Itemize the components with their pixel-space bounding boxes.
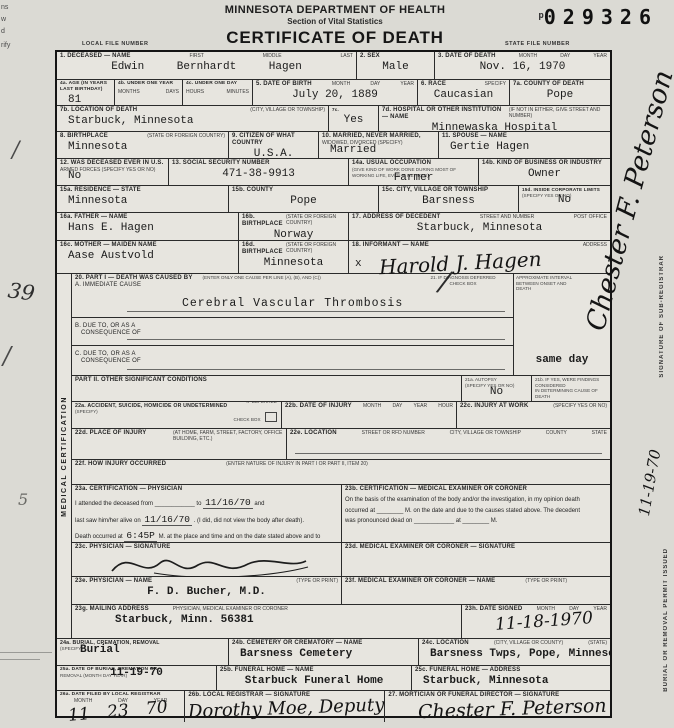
certificate-title: CERTIFICATE OF DEATH (150, 28, 520, 48)
findings-label-line1: 21b. IF YES, WERE FINDINGS CONSIDERED (535, 377, 607, 388)
mortician-signature-value: Chester F. Peterson (418, 695, 607, 724)
row-signatures: 23c. PHYSICIAN — SIGNATURE 23d. MEDICAL … (72, 543, 610, 577)
margin-scribble-5: 5 (18, 490, 28, 509)
location-of-death-value: Starbuck, Minnesota (60, 115, 325, 127)
row-burial: 24a. BURIAL, CREMATION, REMOVAL (SPECIFY… (57, 638, 610, 666)
cemetery-location-label: 24c. LOCATION (422, 640, 469, 647)
father-birthplace-value: Norway (242, 229, 345, 240)
field-7c-label: 7c. (332, 107, 375, 113)
coroner-line3: was pronounced dead on ____________ at _… (345, 518, 497, 524)
sublabel-hour: HOUR (438, 403, 453, 409)
medical-certification-vertical-label: MEDICAL CERTIFICATION (61, 396, 68, 517)
interval-value: same day (536, 354, 589, 366)
field-deceased-name: 1. DECEASED — NAMEFIRSTMIDDLELAST Edwin … (57, 52, 357, 79)
field-funeral-home-address: 25c. FUNERAL HOME — ADDRESS Starbuck, Mi… (412, 666, 610, 690)
sublabel-state-or-foreign: (STATE OR FOREIGN COUNTRY) (286, 242, 345, 254)
if-deferred-label-line2: CHECK BOX (233, 417, 260, 422)
sublabel-month: MONTH (74, 698, 92, 704)
coroner-signature-label: 23d. MEDICAL EXAMINER OR CORONER — SIGNA… (345, 544, 607, 551)
document-header: MINNESOTA DEPARTMENT OF HEALTH Section o… (150, 4, 520, 48)
field-under-one-day: 4c. UNDER ONE DAY HOURSMINUTES (183, 80, 253, 105)
sublabel-state: STATE (592, 430, 607, 436)
row-mailing-date: 23g. MAILING ADDRESSPHYSICIAN, MEDICAL E… (72, 605, 610, 638)
attended-to-date: 11/16/70 (203, 497, 253, 509)
cert-line2b: . (I did, did not view the body after de… (194, 518, 304, 524)
cemetery-location-value: Barsness Twps, Pope, Minnesota (422, 648, 607, 660)
ssn-label: 13. SOCIAL SECURITY NUMBER (172, 160, 345, 167)
field-injury-at-work: 22c. INJURY AT WORK(SPECIFY YES OR NO) (457, 402, 610, 428)
field-father-birthplace: 16b. BIRTHPLACE(STATE OR FOREIGN COUNTRY… (239, 213, 349, 240)
race-label: 6. RACE (421, 81, 446, 88)
sublabel-year: YEAR (414, 403, 428, 409)
residence-state-value: Minnesota (60, 195, 225, 207)
field-informant: 18. INFORMANT — NAMEADDRESS x Harold J. … (349, 241, 610, 273)
diagnosis-deferred-label-line1: 21. IF DIAGNOSIS DEFERRED (419, 275, 507, 281)
sublabel-first: FIRST (189, 53, 203, 59)
cert-line1b: and (254, 501, 264, 507)
last-seen-alive-date: 11/16/70 (142, 514, 192, 526)
cemetery-name-label: 24b. CEMETERY OR CREMATORY — NAME (232, 640, 415, 647)
row-birthplace-marital: 8. BIRTHPLACE(STATE OR FOREIGN COUNTRY) … (57, 132, 610, 159)
field-7c: 7c. Yes (329, 106, 379, 131)
field-spouse: 11. SPOUSE — NAME Gertie Hagen (439, 132, 610, 158)
part1-immediate-cause-row: 20. PART I — DEATH WAS CAUSED BY (ENTER … (72, 274, 513, 318)
scan-artifact-line-1 (0, 652, 52, 653)
medical-certification-section: MEDICAL CERTIFICATION 20. PART I — DEATH… (57, 274, 610, 638)
occupation-label: 14a. USUAL OCCUPATION (352, 160, 431, 167)
sublabel-month: MONTH (332, 81, 350, 87)
residence-county-label: 15b. COUNTY (232, 187, 375, 194)
deceased-name-label: 1. DECEASED — NAME (60, 53, 131, 60)
citizen-value: U.S.A. (232, 148, 315, 158)
cert-line1a: I attended the deceased from ___________… (75, 501, 201, 507)
mother-name-label: 16c. MOTHER — MAIDEN NAME (60, 242, 235, 249)
coroner-line1: On the basis of the examination of the b… (345, 497, 580, 503)
hospital-value: Minnewaska Hospital (382, 122, 607, 131)
race-value: Caucasian (421, 89, 506, 101)
medical-certification-content: 20. PART I — DEATH WAS CAUSED BY (ENTER … (72, 274, 610, 638)
sex-label: 2. SEX (360, 53, 431, 60)
sublabel-specify-yes-no: (SPECIFY YES OR NO) (553, 403, 607, 409)
due-to-c-write-line (127, 369, 505, 370)
sublabel-specify: SPECIFY (485, 81, 506, 87)
field-certification-coroner: 23b. CERTIFICATION — MEDICAL EXAMINER OR… (342, 485, 610, 542)
due-to-b-label-line1: B. DUE TO, OR AS A (75, 323, 510, 330)
sublabel-day: DAY (560, 53, 570, 59)
coroner-name-label: 23f. MEDICAL EXAMINER OR CORONER — NAME (345, 578, 495, 585)
cemetery-name-value: Barsness Cemetery (232, 648, 415, 660)
row-father: 16a. FATHER — NAME Hans E. Hagen 16b. BI… (57, 213, 610, 241)
field-armed-forces: 12. WAS DECEASED EVER IN U.S. ARMED FORC… (57, 159, 169, 185)
row-residence: 15a. RESIDENCE — STATE Minnesota 15b. CO… (57, 186, 610, 213)
sublabel-year: YEAR (593, 53, 607, 59)
time-of-death: 6:45P (124, 530, 157, 542)
field-ssn: 13. SOCIAL SECURITY NUMBER 471-38-9913 (169, 159, 349, 185)
funeral-home-value: Starbuck Funeral Home (220, 675, 408, 687)
corporate-limits-label: 15d. INSIDE CORPORATE LIMITS (522, 187, 607, 193)
mother-birthplace-value: Minnesota (242, 257, 345, 269)
age-value: 81 (60, 94, 111, 106)
cert-line3b: M. at the place and time and on the date… (159, 534, 321, 540)
field-other-conditions: PART II. OTHER SIGNIFICANT CONDITIONS (72, 376, 462, 401)
field-hospital: 7d. HOSPITAL OR OTHER INSTITUTION — NAME… (379, 106, 610, 131)
sublabel-day: DAY (370, 81, 380, 87)
physician-name-value: F. D. Bucher, M.D. (75, 586, 338, 598)
business-value: Owner (482, 168, 607, 180)
field-mailing-address: 23g. MAILING ADDRESSPHYSICIAN, MEDICAL E… (72, 605, 462, 638)
edge-fragment-4: rify (1, 42, 10, 49)
field-birthplace: 8. BIRTHPLACE(STATE OR FOREIGN COUNTRY) … (57, 132, 229, 158)
ssn-value: 471-38-9913 (172, 168, 345, 180)
field-injury-location: 22e. LOCATIONSTREET OR RFD NUMBERCITY, V… (287, 429, 610, 459)
injury-location-write-line (295, 453, 602, 454)
field-how-injury-occurred: 22f. HOW INJURY OCCURRED(ENTER NATURE OF… (72, 460, 610, 484)
state-file-number-label: STATE FILE NUMBER (505, 41, 570, 47)
field-burial-type: 24a. BURIAL, CREMATION, REMOVAL (SPECIFY… (57, 639, 229, 665)
decedent-address-label: 17. ADDRESS OF DECEDENT (352, 214, 440, 221)
citizen-label: 9. CITIZEN OF WHAT COUNTRY (232, 133, 315, 147)
field-date-filed: 26a. DATE FILED BY LOCAL REGISTRAR MONTH… (57, 691, 185, 722)
residence-state-label: 15a. RESIDENCE — STATE (60, 187, 225, 194)
location-of-death-label: 7b. LOCATION OF DEATH (60, 107, 137, 114)
field-mother-name: 16c. MOTHER — MAIDEN NAME Aase Austvold (57, 241, 239, 273)
due-to-c-label-line2: CONSEQUENCE OF (75, 358, 510, 365)
date-of-injury-label: 22b. DATE OF INJURY (285, 403, 352, 410)
sublabel-if-not-in-either: (IF NOT IN EITHER, GIVE STREET AND NUMBE… (509, 107, 607, 119)
how-injury-sublabel: (ENTER NATURE OF INJURY IN PART I OR PAR… (226, 461, 368, 467)
row-funeral: 25a. DATE OF BURIAL, CREMATION OR REMOVA… (57, 666, 610, 691)
sublabel-hours: HOURS (186, 89, 204, 95)
scanned-death-certificate: MINNESOTA DEPARTMENT OF HEALTH Section o… (0, 0, 674, 728)
margin-slash-2: / (3, 342, 11, 370)
sublabel-city-village: (CITY, VILLAGE OR TOWNSHIP) (250, 107, 325, 113)
marital-label-line1: 10. MARRIED, NEVER MARRIED, (322, 133, 435, 140)
residence-county-value: Pope (232, 195, 375, 207)
informant-label: 18. INFORMANT — NAME (352, 242, 429, 249)
due-to-c-label-line1: C. DUE TO, OR AS A (75, 351, 510, 358)
part1-label: 20. PART I — DEATH WAS CAUSED BY (75, 275, 193, 282)
section-subtitle: Section of Vital Statistics (150, 17, 520, 26)
informant-x-mark: x (355, 258, 362, 270)
father-birthplace-label: 16b. BIRTHPLACE (242, 214, 284, 228)
field-autopsy: 21a. AUTOPSY (SPECIFY YES OR NO) No (462, 376, 532, 401)
due-to-b-write-line (127, 339, 505, 340)
field-autopsy-findings: 21b. IF YES, WERE FINDINGS CONSIDERED IN… (532, 376, 610, 401)
how-injury-label: 22f. HOW INJURY OCCURRED (75, 461, 166, 468)
father-name-label: 16a. FATHER — NAME (60, 214, 235, 221)
field-physician-signature: 23c. PHYSICIAN — SIGNATURE (72, 543, 342, 576)
date-of-birth-label: 5. DATE OF BIRTH (256, 81, 312, 88)
row-22d: 22d. PLACE OF INJURY(AT HOME, FARM, STRE… (72, 429, 610, 460)
field-marital-status: 10. MARRIED, NEVER MARRIED, WIDOWED, DIV… (319, 132, 439, 158)
row-service-ssn-occupation: 12. WAS DECEASED EVER IN U.S. ARMED FORC… (57, 159, 610, 186)
edge-fragment-3: d (1, 28, 5, 35)
sublabel-state-or-foreign: (STATE OR FOREIGN COUNTRY) (147, 133, 225, 139)
scan-artifact-line-2 (0, 659, 40, 660)
field-date-of-birth: 5. DATE OF BIRTHMONTHDAYYEAR July 20, 18… (253, 80, 418, 105)
funeral-home-address-value: Starbuck, Minnesota (415, 675, 607, 687)
field-mortician-signature: 27. MORTICIAN OR FUNERAL DIRECTOR — SIGN… (385, 691, 610, 722)
field-father-name: 16a. FATHER — NAME Hans E. Hagen (57, 213, 239, 240)
under-one-year-label: 4b. UNDER ONE YEAR (118, 81, 179, 87)
field-sex: 2. SEX Male (357, 52, 435, 79)
mailing-address-sublabel: PHYSICIAN, MEDICAL EXAMINER OR CORONER (173, 606, 288, 612)
sublabel-type-or-print: (TYPE OR PRINT) (525, 578, 567, 584)
sublabel-month: MONTH (363, 403, 381, 409)
coroner-line2: occurred at ________ M. on the date and … (345, 508, 580, 514)
field-certification-physician: 23a. CERTIFICATION — PHYSICIAN I attende… (72, 485, 342, 542)
margin-slash-1: / (12, 138, 19, 163)
deceased-name-value: Edwin Bernhardt Hagen (60, 61, 353, 73)
state-serial-number: p029326 (538, 5, 658, 29)
field-7c-value: Yes (332, 114, 375, 126)
sublabel-days: DAYS (166, 89, 179, 95)
cert-line2a: last saw him/her alive on (75, 518, 141, 524)
spouse-value: Gertie Hagen (442, 141, 607, 153)
place-of-injury-label: 22d. PLACE OF INJURY (75, 430, 146, 437)
field-place-of-injury: 22d. PLACE OF INJURY(AT HOME, FARM, STRE… (72, 429, 287, 459)
sublabel-street-number: STREET AND NUMBER (480, 214, 534, 220)
diagnosis-deferred-label-line2: CHECK BOX (419, 281, 507, 287)
findings-label-line2: IN DETERMINING CAUSE OF DEATH (535, 388, 607, 399)
row-certifications: 23a. CERTIFICATION — PHYSICIAN I attende… (72, 485, 610, 543)
date-signed-label: 23h. DATE SIGNED (465, 606, 522, 613)
diagnosis-deferred-box: 21. IF DIAGNOSIS DEFERRED CHECK BOX (419, 275, 507, 286)
row-registrar: 26a. DATE FILED BY LOCAL REGISTRAR MONTH… (57, 691, 610, 722)
field-physician-name: 23e. PHYSICIAN — NAME(TYPE OR PRINT) F. … (72, 577, 342, 604)
birthplace-value: Minnesota (60, 141, 225, 153)
part2-row: PART II. OTHER SIGNIFICANT CONDITIONS 21… (72, 376, 610, 402)
row-22a: 22a. ACCIDENT, SUICIDE, HOMICIDE OR UNDE… (72, 402, 610, 429)
serial-digits: 029326 (544, 5, 658, 29)
certificate-form: 1. DECEASED — NAMEFIRSTMIDDLELAST Edwin … (55, 50, 612, 718)
certification-coroner-body: On the basis of the examination of the b… (345, 495, 607, 527)
father-name-value: Hans E. Hagen (60, 222, 235, 234)
edge-fragment-2: w (1, 16, 6, 23)
sublabel-state: (STATE) (588, 640, 607, 646)
sublabel-minutes: MINUTES (227, 89, 250, 95)
cause-write-line (127, 311, 505, 312)
under-one-day-label: 4c. UNDER ONE DAY (186, 81, 249, 87)
date-of-death-label: 3. DATE OF DEATH (438, 53, 496, 60)
field-business: 14b. KIND OF BUSINESS OR INDUSTRY Owner (479, 159, 610, 185)
field-residence-city: 15c. CITY, VILLAGE OR TOWNSHIP Barsness (379, 186, 519, 212)
department-title: MINNESOTA DEPARTMENT OF HEALTH (150, 4, 520, 16)
field-location-of-death: 7b. LOCATION OF DEATH(CITY, VILLAGE OR T… (57, 106, 329, 131)
sublabel-month: MONTH (519, 53, 537, 59)
residence-city-value: Barsness (382, 195, 515, 207)
field-under-one-year: 4b. UNDER ONE YEAR MONTHSDAYS (115, 80, 183, 105)
birthplace-label: 8. BIRTHPLACE (60, 133, 108, 140)
row-age-birth: 4a. AGE (IN YEARS LAST BIRTHDAY) 81 4b. … (57, 80, 610, 106)
row-22f: 22f. HOW INJURY OCCURRED(ENTER NATURE OF… (72, 460, 610, 485)
permit-vertical-label: BURIAL OR REMOVAL PERMIT ISSUED (663, 548, 669, 692)
date-of-birth-value: July 20, 1889 (256, 89, 414, 101)
part1-due-to-c-row: C. DUE TO, OR AS A CONSEQUENCE OF (72, 346, 513, 375)
funeral-home-label: 25b. FUNERAL HOME — NAME (220, 667, 408, 674)
county-of-death-label: 7a. COUNTY OF DEATH (513, 81, 607, 88)
field-county-of-death: 7a. COUNTY OF DEATH Pope (510, 80, 610, 105)
field-cemetery-location: 24c. LOCATION(CITY, VILLAGE OR COUNTY)(S… (419, 639, 610, 665)
field-funeral-home: 25b. FUNERAL HOME — NAME Starbuck Funera… (217, 666, 412, 690)
deferred-checkbox (265, 412, 277, 422)
field-date-of-injury: 22b. DATE OF INJURYMONTHDAYYEARHOUR (282, 402, 457, 428)
sublabel-city-village: CITY, VILLAGE OR TOWNSHIP (450, 430, 521, 436)
sublabel-state-or-foreign: (STATE OR FOREIGN COUNTRY) (286, 214, 345, 226)
field-citizen: 9. CITIZEN OF WHAT COUNTRY U.S.A. (229, 132, 319, 158)
part1-note: (ENTER ONLY ONE CAUSE PER LINE (A), (B),… (203, 275, 321, 281)
field-cemetery-name: 24b. CEMETERY OR CREMATORY — NAME Barsne… (229, 639, 419, 665)
certification-physician-label: 23a. CERTIFICATION — PHYSICIAN (75, 486, 338, 493)
sublabel-year: YEAR (400, 81, 414, 87)
certification-physician-body: I attended the deceased from ___________… (75, 495, 338, 542)
field-date-signed: 23h. DATE SIGNEDMONTHDAYYEAR 11-18-1970 (462, 605, 610, 638)
injury-location-label: 22e. LOCATION (290, 430, 337, 437)
field-residence-state: 15a. RESIDENCE — STATE Minnesota (57, 186, 229, 212)
armed-forces-label-line1: 12. WAS DECEASED EVER IN U.S. (60, 160, 165, 167)
sublabel-last: LAST (340, 53, 353, 59)
certification-coroner-label: 23b. CERTIFICATION — MEDICAL EXAMINER OR… (345, 486, 607, 493)
decedent-address-value: Starbuck, Minnesota (352, 222, 607, 234)
place-of-injury-sublabel: (AT HOME, FARM, STREET, FACTORY, OFFICE … (173, 430, 283, 442)
residence-city-label: 15c. CITY, VILLAGE OR TOWNSHIP (382, 187, 515, 194)
field-accident-suicide: 22a. ACCIDENT, SUICIDE, HOMICIDE OR UNDE… (72, 402, 282, 428)
immediate-cause-value: Cerebral Vascular Thrombosis (182, 297, 403, 310)
row-mother-informant: 16c. MOTHER — MAIDEN NAME Aase Austvold … (57, 241, 610, 274)
autopsy-value: No (465, 386, 528, 398)
due-to-b-label-line2: CONSEQUENCE OF (75, 330, 510, 337)
mailing-address-value: Starbuck, Minn. 56381 (75, 614, 458, 626)
field-residence-county: 15b. COUNTY Pope (229, 186, 379, 212)
field-coroner-name: 23f. MEDICAL EXAMINER OR CORONER — NAME(… (342, 577, 610, 604)
field-occupation: 14a. USUAL OCCUPATION (GIVE KIND OF WORK… (349, 159, 479, 185)
field-mother-birthplace: 16d. BIRTHPLACE(STATE OR FOREIGN COUNTRY… (239, 241, 349, 273)
date-of-death-value: Nov. 16, 1970 (438, 61, 607, 73)
part2-label: PART II. OTHER SIGNIFICANT CONDITIONS (75, 377, 458, 384)
mailing-address-label: 23g. MAILING ADDRESS (75, 606, 149, 613)
business-label: 14b. KIND OF BUSINESS OR INDUSTRY (482, 160, 607, 167)
medical-certification-strip: MEDICAL CERTIFICATION (57, 274, 72, 638)
part1-due-to-b-row: B. DUE TO, OR AS A CONSEQUENCE OF (72, 318, 513, 347)
field-coroner-signature: 23d. MEDICAL EXAMINER OR CORONER — SIGNA… (342, 543, 610, 576)
mother-name-value: Aase Austvold (60, 250, 235, 262)
local-file-number-label: LOCAL FILE NUMBER (82, 41, 148, 47)
physician-name-label: 23e. PHYSICIAN — NAME (75, 578, 152, 585)
mother-birthplace-label: 16d. BIRTHPLACE (242, 242, 284, 256)
cert-line3a: Death occurred at (75, 534, 123, 540)
sublabel-type-or-print: (TYPE OR PRINT) (296, 578, 338, 584)
if-deferred-label-line1: IF DEFERRED (246, 402, 277, 404)
physician-signature-scribble (102, 551, 312, 577)
spouse-label: 11. SPOUSE — NAME (442, 133, 607, 140)
edge-fragment-1: ns (1, 4, 8, 11)
sex-value: Male (360, 61, 431, 73)
field-burial-date: 25a. DATE OF BURIAL, CREMATION OR REMOVA… (57, 666, 217, 690)
part1-block: 20. PART I — DEATH WAS CAUSED BY (ENTER … (72, 274, 610, 376)
sublabel-street-rfd: STREET OR RFD NUMBER (362, 430, 425, 436)
funeral-home-address-label: 25c. FUNERAL HOME — ADDRESS (415, 667, 607, 674)
field-race: 6. RACESPECIFY Caucasian (418, 80, 510, 105)
part1-cause-column: 20. PART I — DEATH WAS CAUSED BY (ENTER … (72, 274, 514, 375)
injury-at-work-label: 22c. INJURY AT WORK (460, 403, 528, 410)
row-location-of-death: 7b. LOCATION OF DEATH(CITY, VILLAGE OR T… (57, 106, 610, 132)
row-deceased: 1. DECEASED — NAMEFIRSTMIDDLELAST Edwin … (57, 52, 610, 80)
sublabel-city-village-county: (CITY, VILLAGE OR COUNTY) (494, 640, 563, 646)
field-corporate-limits: 15d. INSIDE CORPORATE LIMITS (SPECIFY YE… (519, 186, 610, 212)
hospital-label: 7d. HOSPITAL OR OTHER INSTITUTION — NAME (382, 107, 507, 121)
sublabel-months: MONTHS (118, 89, 140, 95)
sublabel-post-office: POST OFFICE (574, 214, 607, 220)
physician-signature-label: 23c. PHYSICIAN — SIGNATURE (75, 544, 338, 551)
field-age: 4a. AGE (IN YEARS LAST BIRTHDAY) 81 (57, 80, 115, 105)
field-registrar-signature: 26b. LOCAL REGISTRAR — SIGNATURE Dorothy… (185, 691, 385, 722)
row-printed-names: 23e. PHYSICIAN — NAME(TYPE OR PRINT) F. … (72, 577, 610, 605)
field-decedent-address: 17. ADDRESS OF DECEDENTSTREET AND NUMBER… (349, 213, 610, 240)
sublabel-middle: MIDDLE (263, 53, 282, 59)
margin-scribble-39: 39 (6, 278, 36, 305)
age-label: 4a. AGE (IN YEARS LAST BIRTHDAY) (60, 81, 111, 93)
sublabel-county: COUNTY (546, 430, 567, 436)
field-date-of-death: 3. DATE OF DEATHMONTHDAYYEAR Nov. 16, 19… (435, 52, 610, 79)
sub-registrar-vertical-label: SIGNATURE OF SUB-REGISTRAR (659, 255, 665, 378)
county-of-death-value: Pope (513, 89, 607, 101)
sublabel-day: DAY (392, 403, 402, 409)
